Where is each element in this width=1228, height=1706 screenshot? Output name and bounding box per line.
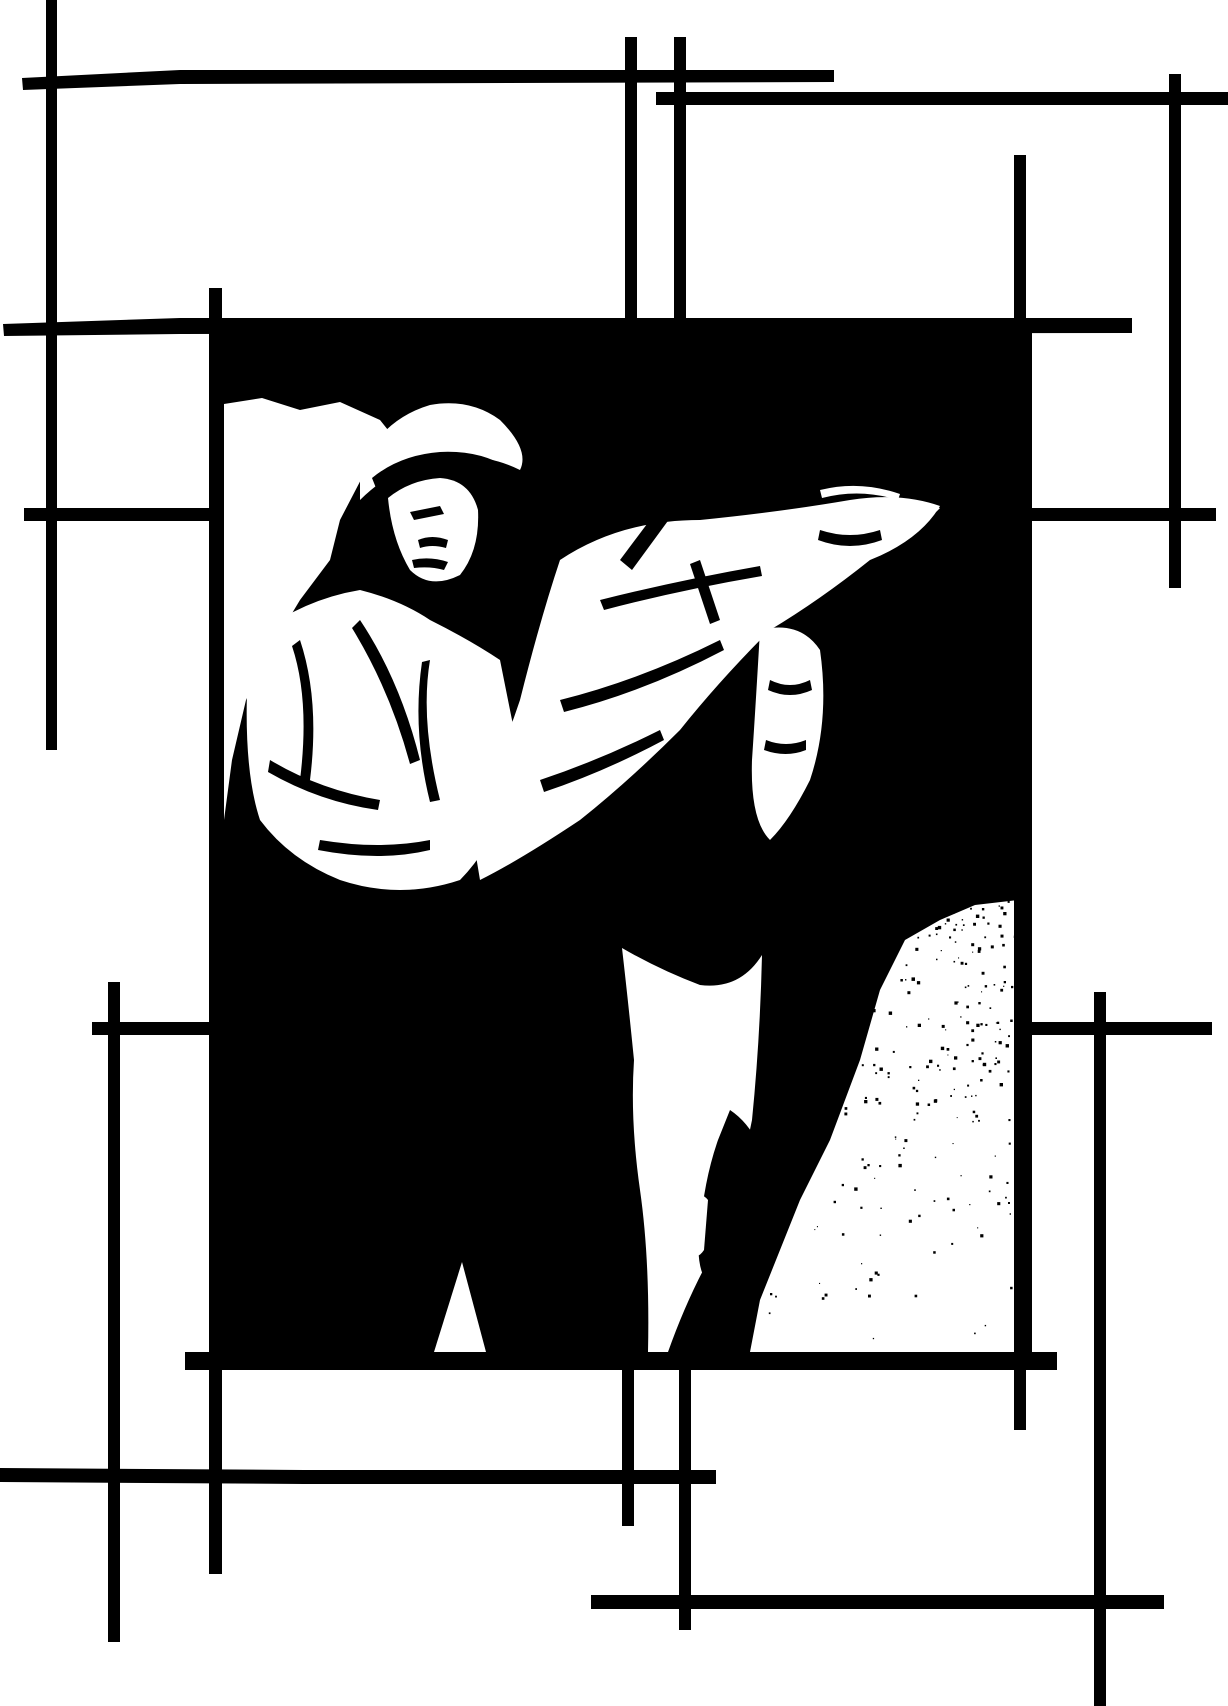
frame-bar (656, 92, 1228, 105)
frame-bar (0, 1468, 716, 1484)
frame-bar (1020, 508, 1216, 521)
frame-bar (46, 0, 57, 750)
frame-bar (1020, 318, 1132, 332)
frame-bar (622, 1368, 634, 1526)
frame-bar (1020, 1022, 1212, 1035)
frame-bar (1014, 318, 1026, 1430)
frame-bar (679, 1368, 691, 1630)
frame-bar (22, 70, 834, 90)
stencil-artwork (0, 0, 1228, 1706)
frame-bar (1094, 992, 1106, 1706)
frame-bar (591, 1595, 1164, 1609)
frame-bar (674, 37, 686, 327)
photo-panel (214, 318, 1032, 1358)
frame-bar (108, 982, 120, 1642)
frame-bar (185, 1352, 1057, 1368)
legs (230, 978, 650, 1353)
frame-bar (625, 37, 637, 327)
